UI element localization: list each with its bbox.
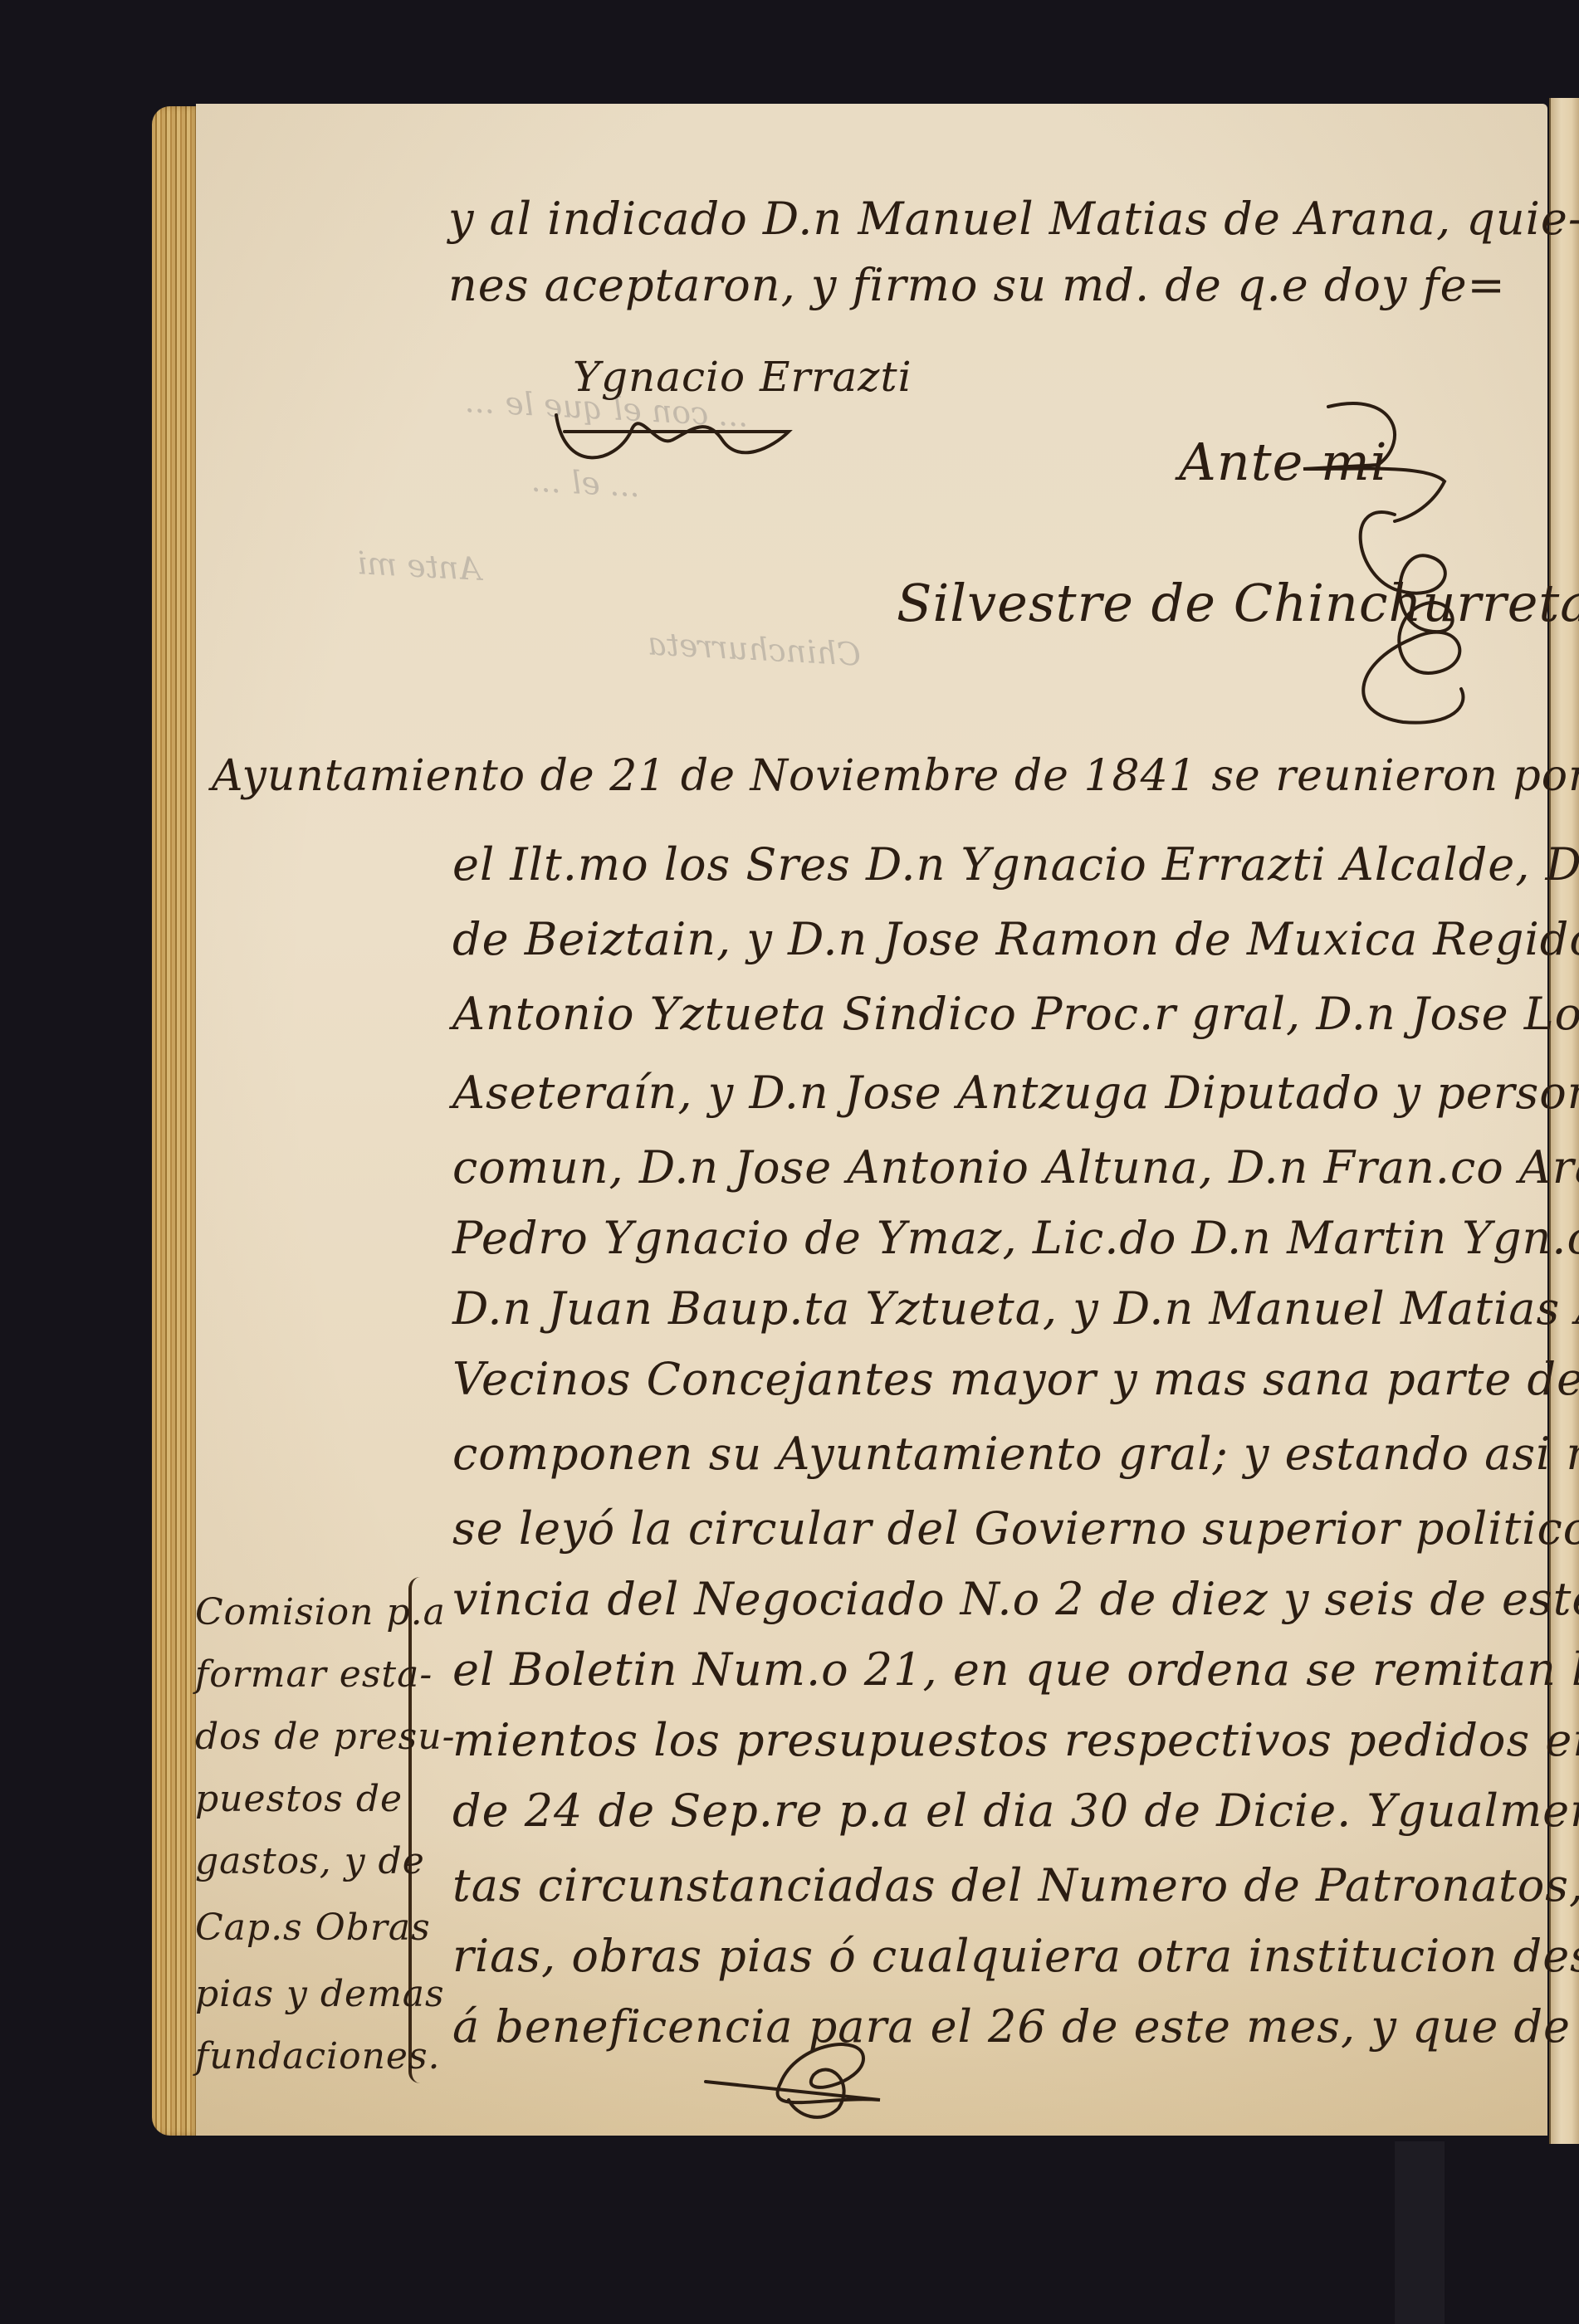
text-line: el Ilt.mo los Sres D.n Ygnacio Errazti A…	[452, 838, 1579, 891]
text-line: componen su Ayuntamiento gral; y estando…	[452, 1428, 1579, 1480]
text-line: se leyó la circular del Govierno superio…	[452, 1502, 1579, 1555]
margin-note-line: fundaciones.	[195, 2017, 441, 2096]
text-line: el Boletin Num.o 21, en que ordena se re…	[452, 1643, 1579, 1696]
rubric-flourish	[697, 2033, 930, 2125]
text-line: rias, obras pias ó cualquiera otra insti…	[452, 1930, 1579, 1982]
signature-errazti: Ygnacio Errazti	[573, 353, 912, 401]
text-line: y al indicado D.n Manuel Matias de Arana…	[448, 193, 1579, 245]
entry-heading-line: Ayuntamiento de 21 de Noviembre de 1841 …	[212, 751, 1579, 801]
signature-flourish	[1328, 498, 1494, 730]
text-line: vincia del Negociado N.o 2 de diez y sei…	[452, 1573, 1579, 1625]
text-line: de 24 de Sep.re p.a el dia 30 de Dicie. …	[452, 1784, 1579, 1837]
text-line: mientos los presupuestos respectivos ped…	[452, 1714, 1579, 1766]
scan-backdrop	[1395, 2141, 1445, 2324]
page-edges-gilt	[152, 106, 202, 2136]
text-line: D.n Juan Baup.ta Yztueta, y D.n Manuel M…	[452, 1282, 1579, 1335]
text-line: Vecinos Concejantes mayor y mas sana par…	[452, 1353, 1579, 1405]
facing-page-edge	[1549, 98, 1579, 2144]
text-line: Pedro Ygnacio de Ymaz, Lic.do D.n Martin…	[452, 1212, 1579, 1264]
text-line: nes aceptaron, y firmo su md. de q.e doy…	[448, 259, 1506, 311]
text-line: de Beiztain, y D.n Jose Ramon de Muxica …	[452, 913, 1579, 965]
text-line: comun, D.n Jose Antonio Altuna, D.n Fran…	[452, 1141, 1579, 1194]
text-line: tas circunstanciadas del Numero de Patro…	[452, 1859, 1579, 1911]
text-line: á beneficencia para el 26 de este mes, y…	[452, 2000, 1579, 2053]
signature-flourish	[548, 398, 797, 473]
text-line: Antonio Yztueta Sindico Proc.r gral, D.n…	[452, 988, 1579, 1040]
text-line: Aseteraín, y D.n Jose Antzuga Diputado y…	[452, 1067, 1579, 1119]
